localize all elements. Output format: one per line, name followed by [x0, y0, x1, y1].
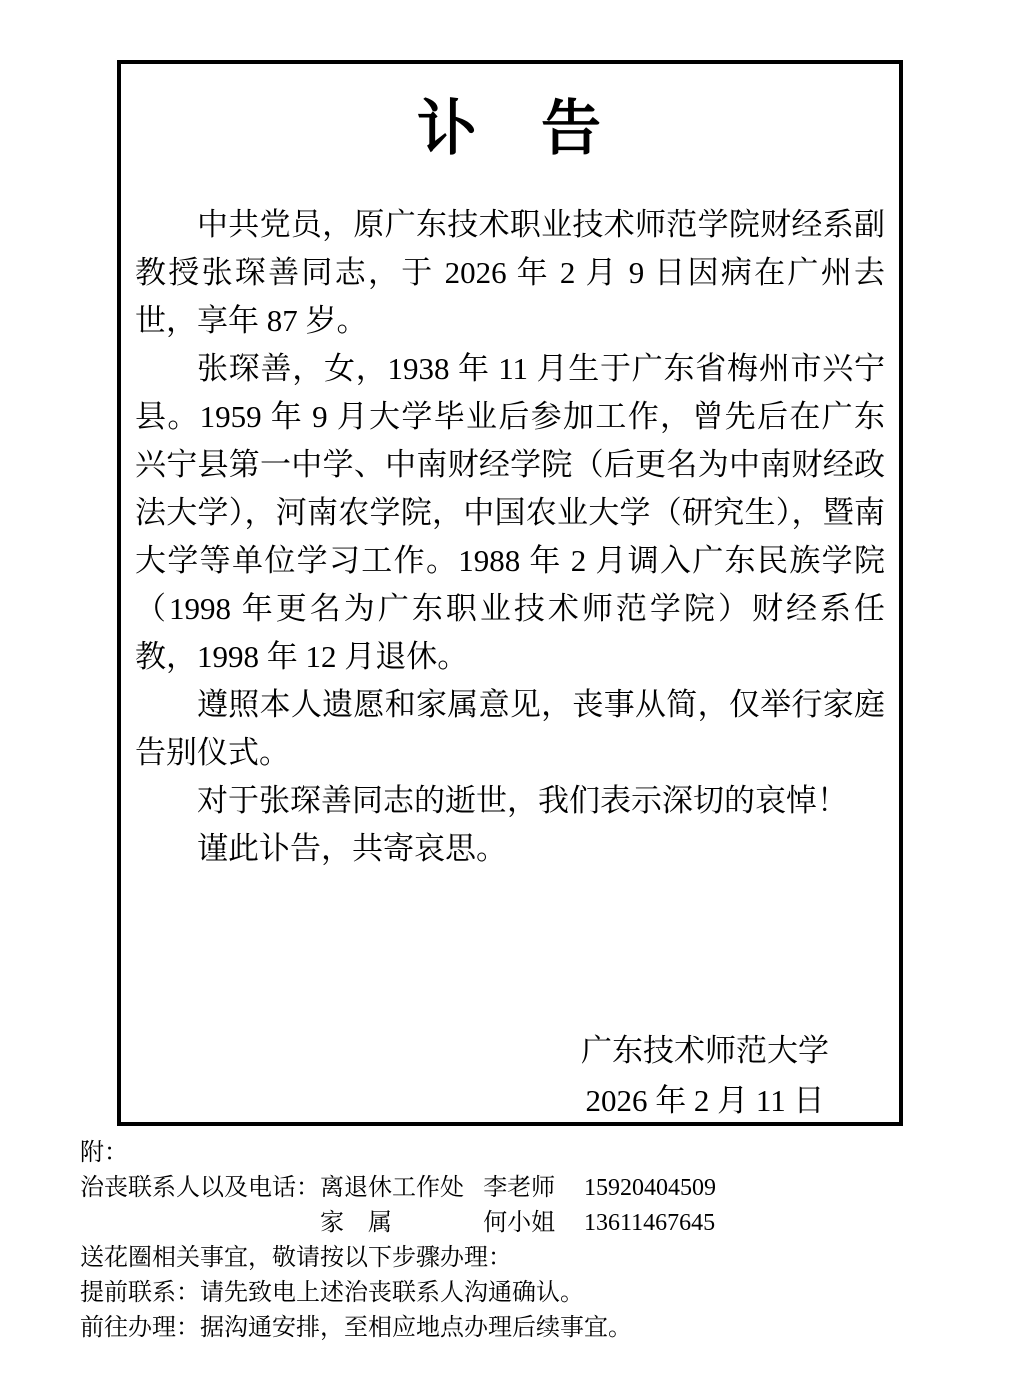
obituary-page: 讣 告 中共党员，原广东技术职业技术师范学院财经系副教授张琛善同志，于 2026…	[0, 0, 1024, 1397]
step-contact-first: 提前联系：请先致电上述治丧联系人沟通确认。	[80, 1276, 716, 1311]
notice-frame: 讣 告 中共党员，原广东技术职业技术师范学院财经系副教授张琛善同志，于 2026…	[117, 60, 903, 1126]
notice-paragraph-funeral-arrangement: 遵照本人遗愿和家属意见，丧事从简，仅举行家庭告别仪式。	[135, 681, 885, 777]
notice-body: 中共党员，原广东技术职业技术师范学院财经系副教授张琛善同志，于 2026 年 2…	[135, 201, 885, 873]
step-proceed: 前往办理：据沟通安排，至相应地点办理后续事宜。	[80, 1311, 716, 1346]
contact-row-family: 家 属何小姐13611467645	[80, 1206, 716, 1241]
wreath-instructions-heading: 送花圈相关事宜，敬请按以下步骤办理：	[80, 1241, 716, 1276]
notice-title: 讣 告	[135, 94, 885, 163]
signature-date: 2026 年 2 月 11 日	[581, 1076, 829, 1126]
signature-organization: 广东技术师范大学	[581, 1026, 829, 1076]
notice-paragraph-biography: 张琛善，女，1938 年 11 月生于广东省梅州市兴宁县。1959 年 9 月大…	[135, 345, 885, 681]
notice-paragraph-condolence: 对于张琛善同志的逝世，我们表示深切的哀悼！	[135, 777, 885, 825]
attachment-label: 附：	[80, 1136, 716, 1171]
contact-role: 离退休工作处	[320, 1171, 483, 1206]
notice-paragraph-death-announcement: 中共党员，原广东技术职业技术师范学院财经系副教授张琛善同志，于 2026 年 2…	[135, 201, 885, 345]
signature-block: 广东技术师范大学 2026 年 2 月 11 日	[581, 1026, 829, 1126]
contact-role: 家 属	[320, 1206, 483, 1241]
attachment-section: 附： 治丧联系人以及电话：离退休工作处李老师15920404509 家 属何小姐…	[80, 1136, 716, 1346]
notice-paragraph-closing: 谨此讣告，共寄哀思。	[135, 825, 885, 873]
contact-row-office: 治丧联系人以及电话：离退休工作处李老师15920404509	[80, 1171, 716, 1206]
contact-name: 何小姐	[483, 1206, 584, 1241]
contacts-heading: 治丧联系人以及电话：	[80, 1171, 320, 1206]
contact-name: 李老师	[483, 1171, 584, 1206]
contact-phone: 13611467645	[584, 1206, 715, 1241]
contact-phone: 15920404509	[584, 1171, 716, 1206]
